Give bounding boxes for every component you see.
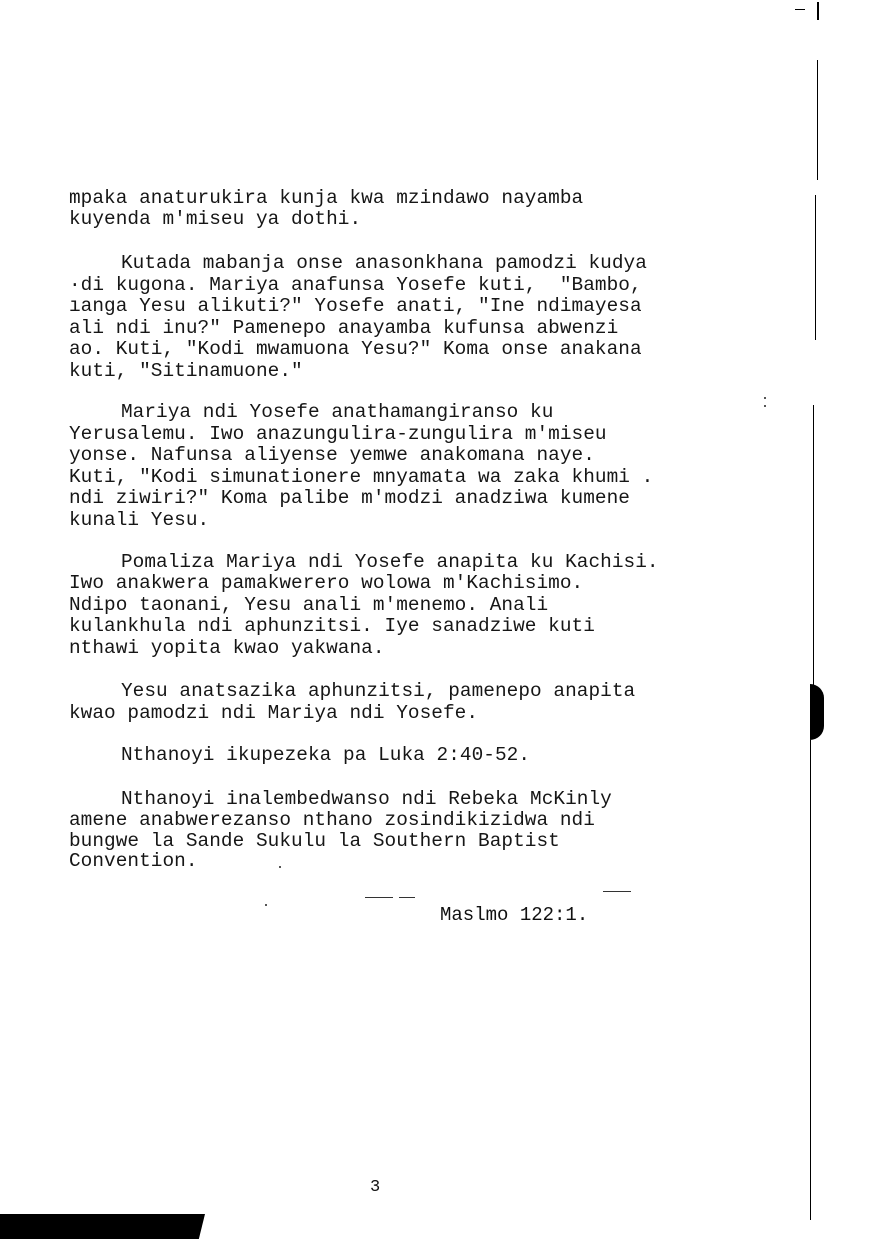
scanned-page: mpaka anaturukira kunja kwa mzindawo nay… (0, 0, 872, 1239)
text-line: Kuti, "Kodi simunationere mnyamata wa za… (69, 467, 653, 489)
text-line: mpaka anaturukira kunja kwa mzindawo nay… (69, 188, 583, 210)
text-line: amene anabwerezanso nthano zosindikizidw… (69, 810, 595, 832)
text-line: Nthanoyi inalembedwanso ndi Rebeka McKin… (121, 789, 612, 811)
text-line: Iwo anakwera pamakwerero wolowa m'Kachis… (69, 573, 583, 595)
scan-bottom-artifact (0, 1214, 205, 1239)
text-line: Convention. (69, 851, 198, 873)
scan-edge-mark (795, 9, 805, 10)
text-line: Yesu anatsazika aphunzitsi, pamenepo ana… (121, 681, 635, 703)
scan-edge-line (813, 405, 814, 685)
text-line: kunali Yesu. (69, 510, 209, 532)
page-number: 3 (370, 1178, 380, 1197)
text-line: nthawi yopita kwao yakwana. (69, 638, 385, 660)
text-line: Mariya ndi Yosefe anathamangiranso ku (121, 402, 553, 424)
text-line: Nthanoyi ikupezeka pa Luka 2:40-52. (121, 745, 530, 767)
scan-speck (265, 904, 267, 906)
text-line: kulankhula ndi aphunzitsi. Iye sanadziwe… (69, 616, 595, 638)
scan-dash (365, 897, 393, 898)
text-line: Yerusalemu. Iwo anazungulira-zungulira m… (69, 424, 607, 446)
text-line: yonse. Nafunsa aliyense yemwe anakomana … (69, 445, 595, 467)
scan-edge-line (815, 195, 816, 340)
text-line: kuti, "Sitinamuone." (69, 361, 303, 383)
text-line: ·di kugona. Mariya anafunsa Yosefe kuti,… (69, 275, 642, 297)
scan-speck (279, 866, 281, 868)
scan-dash (399, 897, 415, 898)
scan-edge-mark (817, 2, 819, 20)
scan-edge-line (810, 740, 811, 1220)
text-line: ali ndi inu?" Pamenepo anayamba kufunsa … (69, 318, 618, 340)
text-line: Ndipo taonani, Yesu anali m'menemo. Anal… (69, 595, 548, 617)
scan-speck (764, 397, 766, 399)
text-line: kwao pamodzi ndi Mariya ndi Yosefe. (69, 703, 478, 725)
scan-speck (764, 405, 766, 407)
text-line: ndi ziwiri?" Koma palibe m'modzi anadziw… (69, 488, 630, 510)
scan-edge-line (817, 60, 818, 180)
text-line: Pomaliza Mariya ndi Yosefe anapita ku Ka… (121, 552, 659, 574)
scan-dash (603, 891, 631, 892)
text-line: ao. Kuti, "Kodi mwamuona Yesu?" Koma ons… (69, 339, 642, 361)
scan-punch-hole (810, 684, 824, 740)
text-line: ıanga Yesu alikuti?" Yosefe anati, "Ine … (69, 296, 642, 318)
text-line: Kutada mabanja onse anasonkhana pamodzi … (121, 253, 647, 275)
text-line: kuyenda m'miseu ya dothi. (69, 209, 361, 231)
scripture-reference: Maslmo 122:1. (440, 904, 588, 926)
